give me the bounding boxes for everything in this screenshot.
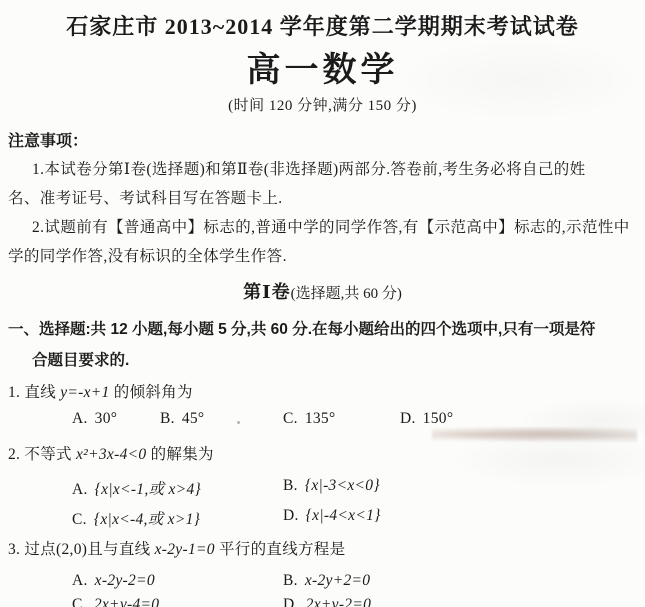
question-1-formula: y=-x+1 — [60, 384, 109, 401]
question-1-stem: 1. 直线 y=-x+1 的倾斜角为 — [8, 380, 193, 402]
choice-instruction-line-1: 一、选择题:共 12 小题,每小题 5 分,共 60 分.在每小题给出的四个选项… — [8, 317, 595, 339]
question-3-formula: x-2y-1=0 — [155, 541, 215, 558]
section-part-title: 第Ⅰ卷 — [243, 282, 290, 302]
question-2-option-a: A.{x|x<-1,或 x>4} — [72, 477, 201, 499]
notice-line-2: 名、准考证号、考试科目写在答题卡上. — [8, 186, 283, 208]
notice-line-4: 学的同学作答,没有标识的全体学生作答. — [8, 244, 287, 266]
exam-title: 石家庄市 2013~2014 学年度第二学期期末考试试卷 — [0, 10, 645, 41]
exam-paper-scan: 石家庄市 2013~2014 学年度第二学期期末考试试卷 高一数学 (时间 12… — [0, 0, 645, 607]
section-heading: 第Ⅰ卷(选择题,共 60 分) — [0, 278, 645, 304]
question-3-stem: 3. 过点(2,0)且与直线 x-2y-1=0 平行的直线方程是 — [8, 537, 345, 559]
question-3-option-d-cutoff: D.2x+y-2=0 — [283, 596, 371, 607]
question-1-option-b: B.45° — [160, 410, 204, 428]
question-1-option-d: D.150° — [400, 410, 453, 428]
question-3-option-b: B.x-2y+2=0 — [283, 572, 370, 590]
question-3-option-a: A.x-2y-2=0 — [72, 572, 155, 590]
question-3-number: 3. — [8, 541, 20, 558]
question-3-option-c-cutoff: C.2x+y-4=0 — [72, 596, 159, 607]
question-2-number: 2. — [8, 446, 20, 463]
subject-title: 高一数学 — [0, 42, 645, 91]
question-1-option-c: C.135° — [283, 410, 335, 428]
choice-instruction-line-2: 合题目要求的. — [32, 348, 129, 370]
question-2-option-c: C.{x|x<-4,或 x>1} — [72, 507, 200, 529]
notice-heading: 注意事项： — [8, 128, 88, 151]
question-1-number: 1. — [8, 384, 20, 401]
ink-bleedthrough-smudge — [432, 427, 637, 442]
question-1-option-a: A.30° — [72, 410, 117, 428]
scan-speck — [237, 421, 240, 424]
question-2-option-b: B.{x|-3<x<0} — [283, 477, 380, 495]
notice-line-3: 2.试题前有【普通高中】标志的,普通中学的同学作答,有【示范高中】标志的,示范性… — [32, 215, 630, 237]
section-part-subtitle: (选择题,共 60 分) — [291, 286, 402, 302]
question-2-formula: x²+3x-4<0 — [76, 446, 146, 463]
question-2-stem: 2. 不等式 x²+3x-4<0 的解集为 — [8, 442, 214, 464]
exam-time-score-info: (时间 120 分钟,满分 150 分) — [0, 94, 645, 115]
question-2-option-d: D.{x|-4<x<1} — [283, 507, 381, 525]
notice-line-1: 1.本试卷分第Ⅰ卷(选择题)和第Ⅱ卷(非选择题)两部分.答卷前,考生务必将自己的… — [32, 157, 586, 179]
